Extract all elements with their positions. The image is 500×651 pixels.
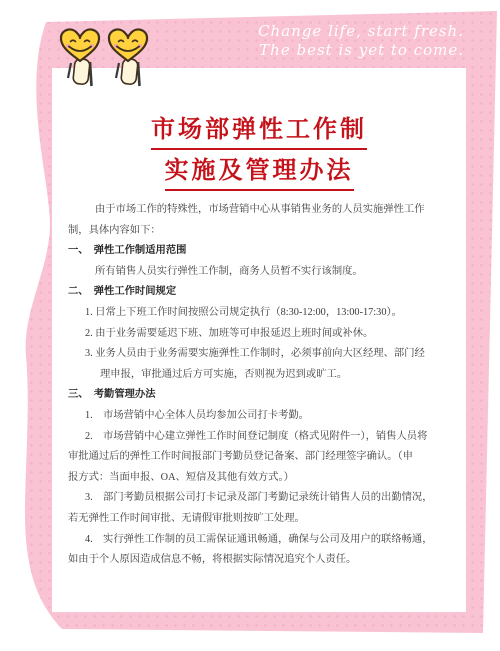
doc-line: 3. 业务人员由于业务需要实施弹性工作制时，必须事前向大区经理、部门经 [68,344,450,365]
tagline-line-2: The best is yet to come. [258,41,464,60]
doc-line: 报方式：当面申报、OA、短信及其他有效方式。） [68,468,450,489]
doc-line: 3. 部门考勤员根据公司打卡记录及部门考勤记录统计销售人员的出勤情况， [68,488,450,509]
doc-line: 由于市场工作的特殊性，市场营销中心从事销售业务的人员实施弹性工作 [68,200,450,221]
doc-line: 如由于个人原因造成信息不畅，将根据实际情况追究个人责任。 [68,550,450,571]
title-line-1: 市场部弹性工作制 [52,113,466,154]
title-line-2: 实施及管理办法 [52,154,466,195]
heart-smiley-icon [109,30,147,86]
tagline-line-1: Change life, start fresh. [258,22,464,41]
document-sheet: 市场部弹性工作制 实施及管理办法 由于市场工作的特殊性，市场营销中心从事销售业务… [52,68,466,612]
doc-line: 三、 考勤管理办法 [68,385,450,406]
doc-line: 若无弹性工作时间审批、无请假审批则按旷工处理。 [68,509,450,530]
doc-line: 4. 实行弹性工作制的员工需保证通讯畅通，确保与公司及用户的联络畅通， [68,530,450,551]
doc-line: 二、 弹性工作时间规定 [68,282,450,303]
document-title: 市场部弹性工作制 实施及管理办法 [52,113,466,195]
doc-line: 审批通过后的弹性工作时间报部门考勤员登记备案、部门经理签字确认。（申 [68,447,450,468]
document-body: 由于市场工作的特殊性，市场营销中心从事销售业务的人员实施弹性工作制，具体内容如下… [52,200,466,571]
doc-line: 2. 市场营销中心建立弹性工作时间登记制度（格式见附件一），销售人员将 [68,427,450,448]
doc-line: 一、 弹性工作制适用范围 [68,241,450,262]
doc-line: 1. 日常上下班工作时间按照公司规定执行（8:30-12:00，13:00-17… [68,303,450,324]
page: Change life, start fresh. The best is ye… [0,0,500,651]
heart-smiley-mascots [57,26,157,90]
tagline: Change life, start fresh. The best is ye… [258,22,464,60]
doc-line: 2. 由于业务需要延迟下班、加班等可申报延迟上班时间或补休。 [68,324,450,345]
doc-line: 所有销售人员实行弹性工作制，商务人员暂不实行该制度。 [68,262,450,283]
doc-line: 制，具体内容如下： [68,221,450,242]
heart-smiley-icon [61,30,99,86]
doc-line: 1. 市场营销中心全体人员均参加公司打卡考勤。 [68,406,450,427]
doc-line: 理申报，审批通过后方可实施，否则视为迟到或旷工。 [68,365,450,386]
